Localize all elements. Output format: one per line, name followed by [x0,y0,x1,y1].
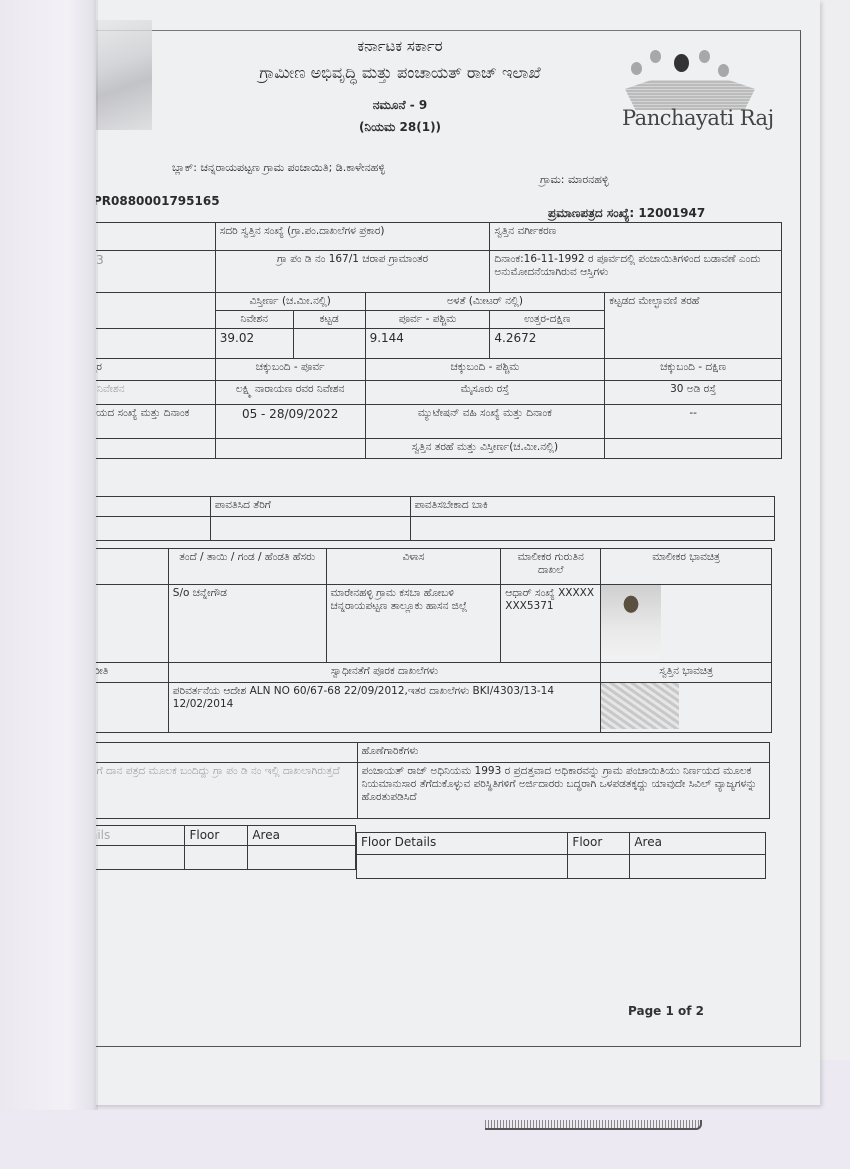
property-id: : PR0880001795165 [84,194,220,208]
address-label: ವಿಳಾಸ [326,549,501,585]
property-photo [601,683,679,729]
building-area [293,329,365,359]
classification-label: ಸ್ವತ್ತಿನ ವರ್ಗೀಕರಣ [490,223,782,251]
liability-label: ಹೊಣೆಗಾರಿಕೆಗಳು [357,743,769,763]
area-label: Area [630,833,766,855]
building-label: ಕಟ್ಟಡ [293,311,365,329]
flap-shadow [92,0,98,1110]
floor-details-label: Floor Details [357,833,568,855]
boundary-east-label: ಚಕ್ಕುಬಂದಿ - ಪೂರ್ವ [215,359,365,381]
site-area: 39.02 [215,329,293,359]
due-tax-value [410,517,775,541]
village: ಗ್ರಾಮ: ಮಾರನಹಳ್ಳಿ [540,173,609,187]
rule-number: (ನಿಯಮ 28(1)) [200,120,600,135]
certificate-number: ಪ್ರಮಾಣಪತ್ರದ ಸಂಖ್ಯೆ: 12001947 [548,206,705,221]
certificate-page: ಕರ್ನಾಟಕ ಸರ್ಕಾರ ಗ್ರಾಮೀಣ ಅಭಿವೃದ್ಧಿ ಮತ್ತು ಪ… [0,0,820,1105]
type-area-label: ಸ್ವತ್ತಿನ ತರಹೆ ಮತ್ತು ವಿಸ್ತೀರ್ಣ(ಚ.ಮೀ.ನಲ್ಲಿ… [365,439,605,459]
owner-table: ಮಾಲೀಕರ ಹೆಸರು ತಂದೆ / ತಾಯಿ / ಗಂಡ / ಹೆಂಡತಿ … [30,548,772,733]
boundary-east: ಲಕ್ಷ್ಮಿ ನಾರಾಯಣ ರವರ ನಿವೇಶನ [215,381,365,405]
blank-cell [185,846,248,870]
area-label: Area [248,826,356,846]
relation-label: ತಂದೆ / ತಾಯಿ / ಗಂಡ / ಹೆಂಡತಿ ಹೆಸರು [168,549,326,585]
mutation-label: ಮ್ಯುಟೇಷನ್ ವಹಿ ಸಂಖ್ಯೆ ಮತ್ತು ದಿನಾಂಕ [365,405,605,439]
ownership-docs-label: ಸ್ವಾಧೀನತೆಗೆ ಪೂರಕ ದಾಖಲೆಗಳು [168,663,600,683]
block-gp: ಬ್ಲಾಕ್: ಚನ್ನರಾಯಪಟ್ಟಣ ಗ್ರಾಮ ಪಂಚಾಯಿತಿ; ಡಿ.… [172,161,385,175]
owner-photo [601,585,661,659]
id-label: ಮಾಲೀಕರ ಗುರುತಿನ ದಾಖಲೆ [501,549,601,585]
tax-table: ವಾಕಿ ಪಾವತಿಸಿದ ತೆರಿಗೆ ಪಾವತಿಸಬೇಕಾದ ಬಾಕಿ ಬಾ… [30,496,775,541]
remarks-table: ಷರಾ: ಹೊಣೆಗಾರಿಕೆಗಳು ಸ್ವತ್ತು ಅರ್ಜಿದಾರರಿಗೆ … [30,742,770,819]
floor-label: Floor [185,826,248,846]
gp-record-label: ಸದರಿ ಸ್ವತ್ತಿನ ಸಂಖ್ಯೆ (ಗ್ರಾ.ಪಂ.ದಾಖಲೆಗಳ ಪ್… [215,223,490,251]
resolution-value: 05 - 28/09/2022 [215,405,365,439]
liability-value: ಪಂಚಾಯತ್ ರಾಜ್ ಅಧಿನಿಯಮ 1993 ರ ಪ್ರದತ್ತವಾದ ಅ… [357,763,769,819]
classification-value: ದಿನಾಂಕ:16-11-1992 ರ ಪೂರ್ವದಲ್ಲಿ ಪಂಚಾಯಿತಿಗ… [490,251,782,293]
blank-cell [568,855,630,879]
boundary-west: ಮೈಸೂರು ರಸ್ತೆ [365,381,605,405]
east-west-value: 9.144 [365,329,490,359]
ownership-docs: ಪರಿವರ್ತನೆಯ ಆದೇಶ ALN NO 60/67-68 22/09/20… [168,683,600,733]
boundary-south: 30 ಅಡಿ ರಸ್ತೆ [605,381,782,405]
due-tax-label: ಪಾವತಿಸಬೇಕಾದ ಬಾಕಿ [410,497,775,517]
owner-address: ಮಾರೇನಹಳ್ಳಿ ಗ್ರಾಮ ಕಸಬಾ ಹೋಬಳಿ ಚನ್ನರಾಯಪಟ್ಟಣ… [326,585,501,663]
back-sheet-tab [485,1120,702,1130]
form-number: ನಮೂನೆ - 9 [200,98,600,113]
dimension-label: ಅಳತೆ (ಮೀಟರ್ ನಲ್ಲಿ) [365,293,605,311]
property-table: ಸದರಿ ಸ್ವತ್ತಿನ ಸಂಖ್ಯೆ (ಗ್ರಾ.ಪಂ.ದಾಖಲೆಗಳ ಪ್… [30,222,782,459]
boundary-south-label: ಚಕ್ಕುಬಂದಿ - ದಕ್ಷಿಣ [605,359,782,381]
owner-id: ಆಧಾರ್ ಸಂಖ್ಯೆ XXXXXXXX5371 [501,585,601,663]
logo-text: Panchayati Raj [622,106,774,130]
owner-relation: S/o ಚನ್ನೇಗೌಡ [168,585,326,663]
boundary-west-label: ಚಕ್ಕುಬಂದಿ - ಪಶ್ಚಿಮ [365,359,605,381]
owner-photo-label: ಮಾಲೀಕರ ಭಾವಚಿತ್ರ [601,549,772,585]
blank-cell [357,855,568,879]
folded-page-flap [0,0,96,1110]
karnataka-emblem-icon [92,20,152,130]
property-photo-label: ಸ್ವತ್ತಿನ ಭಾವಚಿತ್ರ [601,663,772,683]
north-south-label: ಉತ್ತರ-ದಕ್ಷಿಣ [490,311,605,329]
page-number: Page 1 of 2 [628,1004,704,1018]
gp-record-value: ಗ್ರಾ ಪಂ ಡಿ ನಂ 167/1 ಚರಾಪ ಗ್ರಾಮಾಂತರ [215,251,490,293]
north-south-value: 4.2672 [490,329,605,359]
blank-cell [630,855,766,879]
govt-title: ಕರ್ನಾಟಕ ಸರ್ಕಾರ [200,37,600,55]
type-area-value [605,439,782,459]
blank-cell [248,846,356,870]
site-label: ನಿವೇಶನ [215,311,293,329]
floor-table-right: Floor Details Floor Area [356,832,766,879]
east-west-label: ಪೂರ್ವ - ಪಶ್ಚಿಮ [365,311,490,329]
mutation-value: -- [605,405,782,439]
survey-value [215,439,365,459]
roof-label: ಕಟ್ಟಡದ ಮೇಲ್ಛಾವಣಿ ತರಹೆ [605,293,782,359]
area-label: ವಿಸ್ತೀರ್ಣ (ಚ.ಮೀ.ನಲ್ಲಿ) [215,293,365,311]
paid-tax-label: ಪಾವತಿಸಿದ ತೆರಿಗೆ [210,497,410,517]
paid-tax-value [210,517,410,541]
floor-label: Floor [568,833,630,855]
department-title: ಗ್ರಾಮೀಣ ಅಭಿವೃದ್ಧಿ ಮತ್ತು ಪಂಚಾಯತ್ ರಾಜ್ ಇಲಾ… [180,63,620,83]
